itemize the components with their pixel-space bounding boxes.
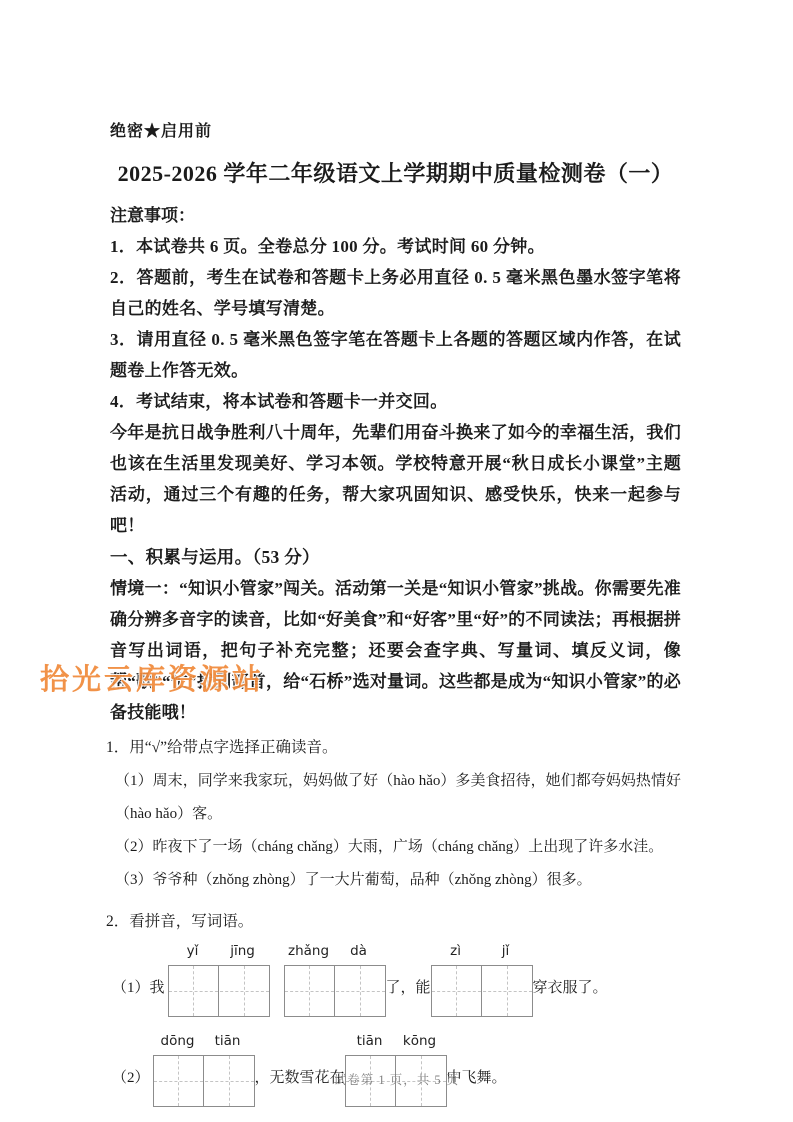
scenario-paragraph: 情境一：“知识小管家”闯关。活动第一关是“知识小管家”挑战。你需要先准确分辨多音…	[110, 573, 681, 728]
pinyin-labels: zìjǐ	[431, 943, 533, 965]
q1-item: （3）爷爷种（zhǒng zhòng）了一大片葡萄，品种（zhǒng zhòng…	[115, 864, 681, 897]
pinyin-write-row: （1）我yǐjīngzhǎngdà了，能zìjǐ穿衣服了。	[112, 943, 681, 1017]
character-box-grid	[168, 965, 270, 1017]
character-box-grid	[431, 965, 533, 1017]
pinyin-syllable: tiān	[203, 1033, 253, 1055]
notice-item: 4．考试结束，将本试卷和答题卡一并交回。	[110, 386, 681, 417]
writing-grid: yǐjīng	[168, 943, 270, 1017]
pinyin-syllable: tiān	[345, 1033, 395, 1055]
row-label: （1）我	[112, 943, 168, 997]
row-text: 了，能	[386, 943, 431, 997]
page-title: 2025-2026 学年二年级语文上学期期中质量检测卷（一）	[110, 157, 681, 188]
notice-heading: 注意事项：	[110, 201, 681, 231]
character-cell	[285, 966, 335, 1016]
pinyin-syllable: yǐ	[168, 943, 218, 965]
character-cell	[432, 966, 482, 1016]
pinyin-syllable: jīng	[218, 943, 268, 965]
row-text: 穿衣服了。	[533, 943, 608, 997]
classification-line: 绝密★启用前	[110, 118, 681, 141]
section1-heading: 一、积累与运用。（53 分）	[110, 541, 681, 573]
question2-stem: 2．看拼音，写词语。	[106, 907, 681, 937]
exam-paper-page: 绝密★启用前 2025-2026 学年二年级语文上学期期中质量检测卷（一） 注意…	[0, 0, 793, 1122]
pinyin-syllable: zì	[431, 943, 481, 965]
pinyin-labels: tiānkōng	[345, 1033, 447, 1055]
character-cell	[219, 966, 269, 1016]
character-box-grid	[284, 965, 386, 1017]
pinyin-syllable: jǐ	[481, 943, 531, 965]
q1-item: （2）昨夜下了一场（cháng chǎng）大雨，广场（cháng chǎng）…	[115, 831, 681, 864]
character-cell	[169, 966, 219, 1016]
pinyin-labels: dōngtiān	[153, 1033, 255, 1055]
pinyin-labels: zhǎngdà	[284, 943, 386, 965]
intro-paragraph: 今年是抗日战争胜利八十周年，先辈们用奋斗换来了如今的幸福生活，我们也该在生活里发…	[110, 417, 681, 541]
page-content: 绝密★启用前 2025-2026 学年二年级语文上学期期中质量检测卷（一） 注意…	[0, 0, 793, 1107]
character-cell	[335, 966, 385, 1016]
q1-item: （1）周末，同学来我家玩，妈妈做了好（hào hǎo）多美食招待，她们都夸妈妈热…	[115, 765, 681, 831]
notice-list: 1．本试卷共 6 页。全卷总分 100 分。考试时间 60 分钟。2．答题前，考…	[110, 231, 681, 417]
notice-item: 2．答题前，考生在试卷和答题卡上务必用直径 0. 5 毫米黑色墨水签字笔将自己的…	[110, 262, 681, 324]
pinyin-syllable: zhǎng	[284, 943, 334, 965]
question1-items: （1）周末，同学来我家玩，妈妈做了好（hào hǎo）多美食招待，她们都夸妈妈热…	[110, 765, 681, 897]
pinyin-labels: yǐjīng	[168, 943, 270, 965]
pinyin-syllable: dōng	[153, 1033, 203, 1055]
question1-stem: 1．用“√”给带点字选择正确读音。	[106, 733, 681, 763]
page-number-footer: 试卷第 1 页，共 5 页	[0, 1070, 793, 1088]
pinyin-syllable: kōng	[395, 1033, 445, 1055]
notice-item: 1．本试卷共 6 页。全卷总分 100 分。考试时间 60 分钟。	[110, 231, 681, 262]
character-cell	[482, 966, 532, 1016]
writing-grid: zhǎngdà	[284, 943, 386, 1017]
writing-grid: zìjǐ	[431, 943, 533, 1017]
notice-item: 3．请用直径 0. 5 毫米黑色签字笔在答题卡上各题的答题区域内作答，在试题卷上…	[110, 324, 681, 386]
pinyin-syllable: dà	[334, 943, 384, 965]
